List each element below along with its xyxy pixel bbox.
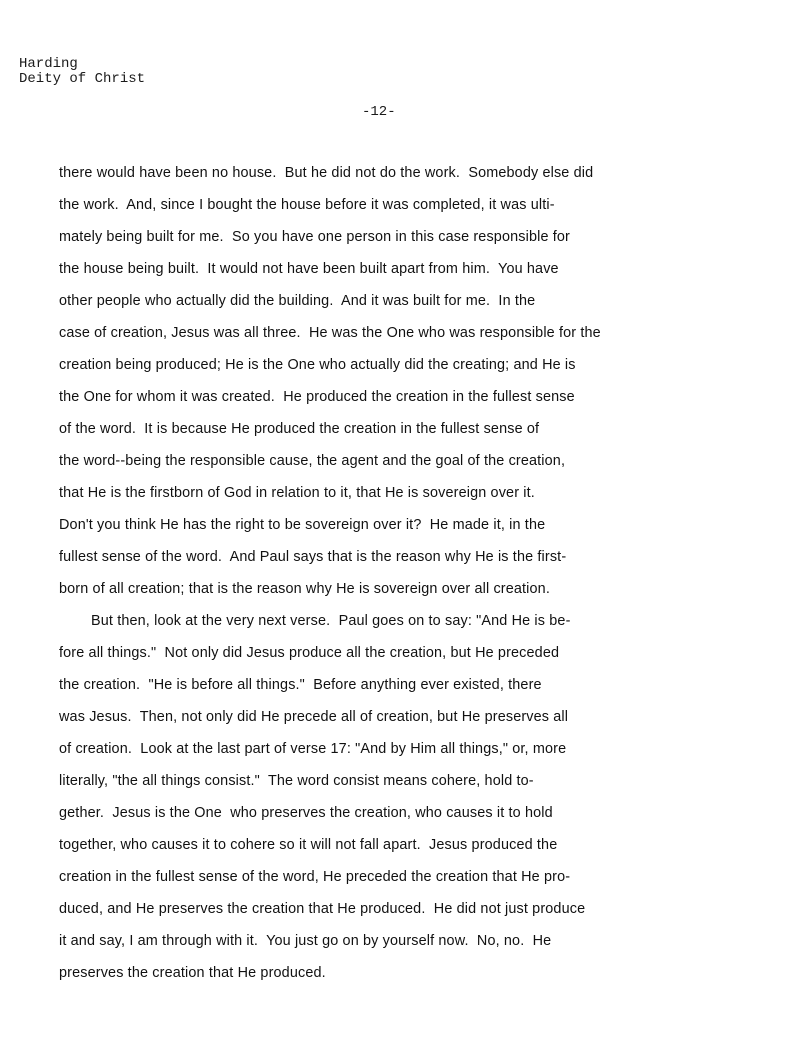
text-line: duced, and He preserves the creation tha… [59,893,759,925]
text-line: of creation. Look at the last part of ve… [59,733,759,765]
text-line: together, who causes it to cohere so it … [59,829,759,861]
header-author: Harding [19,57,145,72]
document-header: Harding Deity of Christ [19,57,145,87]
text-line: of the word. It is because He produced t… [59,413,759,445]
text-line: the house being built. It would not have… [59,253,759,285]
text-line: case of creation, Jesus was all three. H… [59,317,759,349]
text-line: it and say, I am through with it. You ju… [59,925,759,957]
text-line: Don't you think He has the right to be s… [59,509,759,541]
text-line: there would have been no house. But he d… [59,157,759,189]
header-title: Deity of Christ [19,72,145,87]
text-line: But then, look at the very next verse. P… [59,605,759,637]
text-line: creation in the fullest sense of the wor… [59,861,759,893]
text-line: born of all creation; that is the reason… [59,573,759,605]
text-line: fullest sense of the word. And Paul says… [59,541,759,573]
text-line: preserves the creation that He produced. [59,957,759,989]
text-line: was Jesus. Then, not only did He precede… [59,701,759,733]
text-line: the work. And, since I bought the house … [59,189,759,221]
text-line: the One for whom it was created. He prod… [59,381,759,413]
text-line: fore all things." Not only did Jesus pro… [59,637,759,669]
text-line: other people who actually did the buildi… [59,285,759,317]
text-line: creation being produced; He is the One w… [59,349,759,381]
text-line: mately being built for me. So you have o… [59,221,759,253]
text-line: that He is the firstborn of God in relat… [59,477,759,509]
body-text: there would have been no house. But he d… [59,157,759,989]
text-line: the word--being the responsible cause, t… [59,445,759,477]
text-line: literally, "the all things consist." The… [59,765,759,797]
page-number: -12- [362,104,396,120]
text-line: gether. Jesus is the One who preserves t… [59,797,759,829]
text-line: the creation. "He is before all things."… [59,669,759,701]
document-page: Harding Deity of Christ -12- there would… [0,0,800,1050]
